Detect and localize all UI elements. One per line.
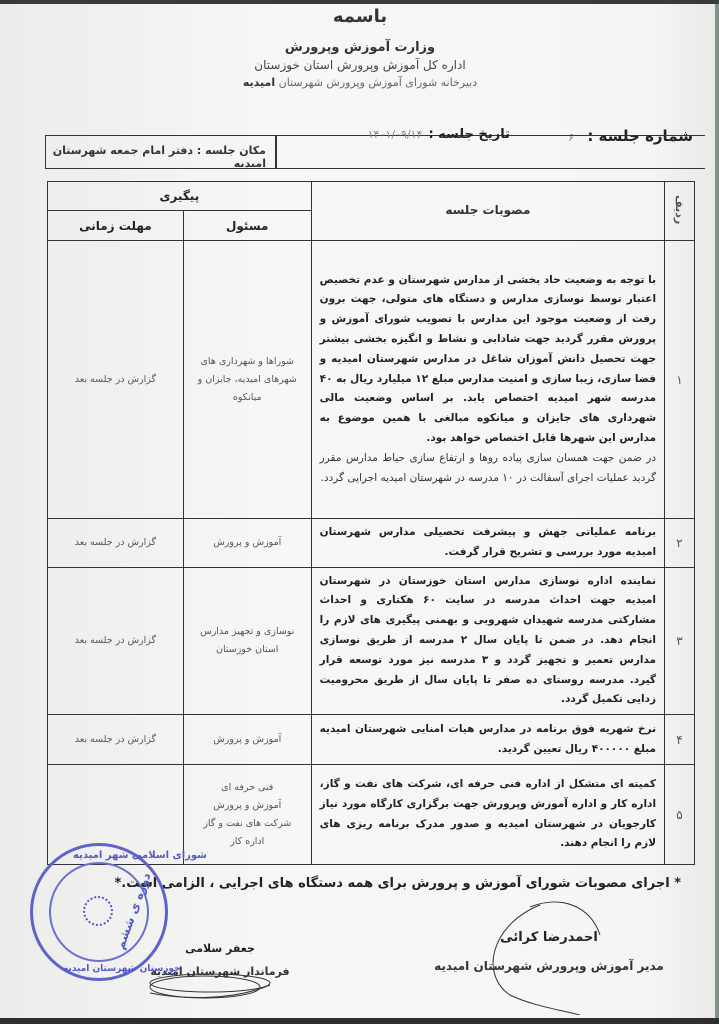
row-index: ۲ — [665, 519, 695, 568]
row-deadline: گزارش در جلسه بعد — [48, 567, 184, 715]
letterhead: باسمه وزارت آموزش وپرورش اداره کل آموزش … — [180, 6, 540, 89]
row-deadline: گزارش در جلسه بعد — [48, 519, 184, 568]
meeting-date: تاریخ جلسه :۱۴۰۱/۰۹/۱۴ — [368, 127, 510, 142]
header-deadline: مهلت زمانی — [48, 211, 184, 241]
row-responsible: آموزش و پرورش — [183, 715, 311, 765]
row-index: ۳ — [665, 567, 695, 715]
resolutions-table: ردیف مصوبات جلسه پیگیری مسئول مهلت زمانی… — [47, 181, 695, 865]
header-index: ردیف — [665, 182, 695, 241]
row-deadline: گزارش در جلسه بعد — [48, 241, 184, 519]
row-responsible: شوراها و شهرداری های شهرهای امیدیه، جایز… — [183, 241, 311, 519]
document-page: باسمه وزارت آموزش وپرورش اداره کل آموزش … — [0, 0, 719, 1024]
row-responsible: آموزش و پرورش — [183, 519, 311, 568]
signatory-name: جعفر سلامی — [150, 942, 290, 955]
row-deadline: گزارش در جلسه بعد — [48, 715, 184, 765]
row-index: ۵ — [665, 765, 695, 865]
row-responsible: نوسازی و تجهیز مدارس استان خوزستان — [183, 567, 311, 715]
header-responsible: مسئول — [183, 211, 311, 241]
row-resolution: نرخ شهریه فوق برنامه در مدارس هیات امنای… — [311, 715, 664, 765]
general-office-name: اداره کل آموزش وپرورش استان خوزستان — [180, 58, 540, 72]
row-index: ۴ — [665, 715, 695, 765]
table-row: ۲ برنامه عملیاتی جهش و پیشرفت تحصیلی مدا… — [48, 519, 695, 568]
iran-emblem-icon — [83, 896, 113, 926]
secretariat-name: دبیرخانه شورای آموزش وپرورش شهرستان امید… — [180, 76, 540, 89]
ministry-name: وزارت آموزش وپرورش — [180, 40, 540, 55]
row-resolution: با توجه به وضعیت حاد بخشی از مدارس شهرست… — [311, 241, 664, 519]
row-resolution: برنامه عملیاتی جهش و پیشرفت تحصیلی مدارس… — [311, 519, 664, 568]
basmeh-logo: باسمه — [180, 6, 540, 32]
row-resolution: نماینده اداره نوسازی مدارس استان خوزستان… — [311, 567, 664, 715]
header-followup: پیگیری — [48, 182, 312, 211]
meeting-info: شماره جلسه : ۶ تاریخ جلسه :۱۴۰۱/۰۹/۱۴ مک… — [45, 121, 705, 171]
row-index: ۱ — [665, 241, 695, 519]
meeting-place: مکان جلسه : دفتر امام جمعه شهرستان امیدی… — [46, 144, 266, 170]
header-resolutions: مصوبات جلسه — [311, 182, 664, 241]
table-row: ۳ نماینده اداره نوسازی مدارس استان خوزست… — [48, 567, 695, 715]
official-stamp: شورای اسلامی شهر امیدیه دوره ی ششم خوزست… — [30, 843, 168, 981]
row-resolution: کمیته ای متشکل از اداره فنی حرفه ای، شرک… — [311, 765, 664, 865]
table-row: ۴ نرخ شهریه فوق برنامه در مدارس هیات امن… — [48, 715, 695, 765]
mandatory-notice: * اجرای مصوبات شورای آموزش و پرورش برای … — [115, 876, 682, 891]
scan-right-edge — [715, 0, 719, 1024]
scan-top-edge — [0, 0, 719, 4]
handwritten-signature-icon — [470, 895, 610, 1015]
meeting-place-box: مکان جلسه : دفتر امام جمعه شهرستان امیدی… — [45, 135, 277, 169]
scan-bottom-edge — [0, 1018, 719, 1024]
table-row: ۱ با توجه به وضعیت حاد بخشی از مدارس شهر… — [48, 241, 695, 519]
